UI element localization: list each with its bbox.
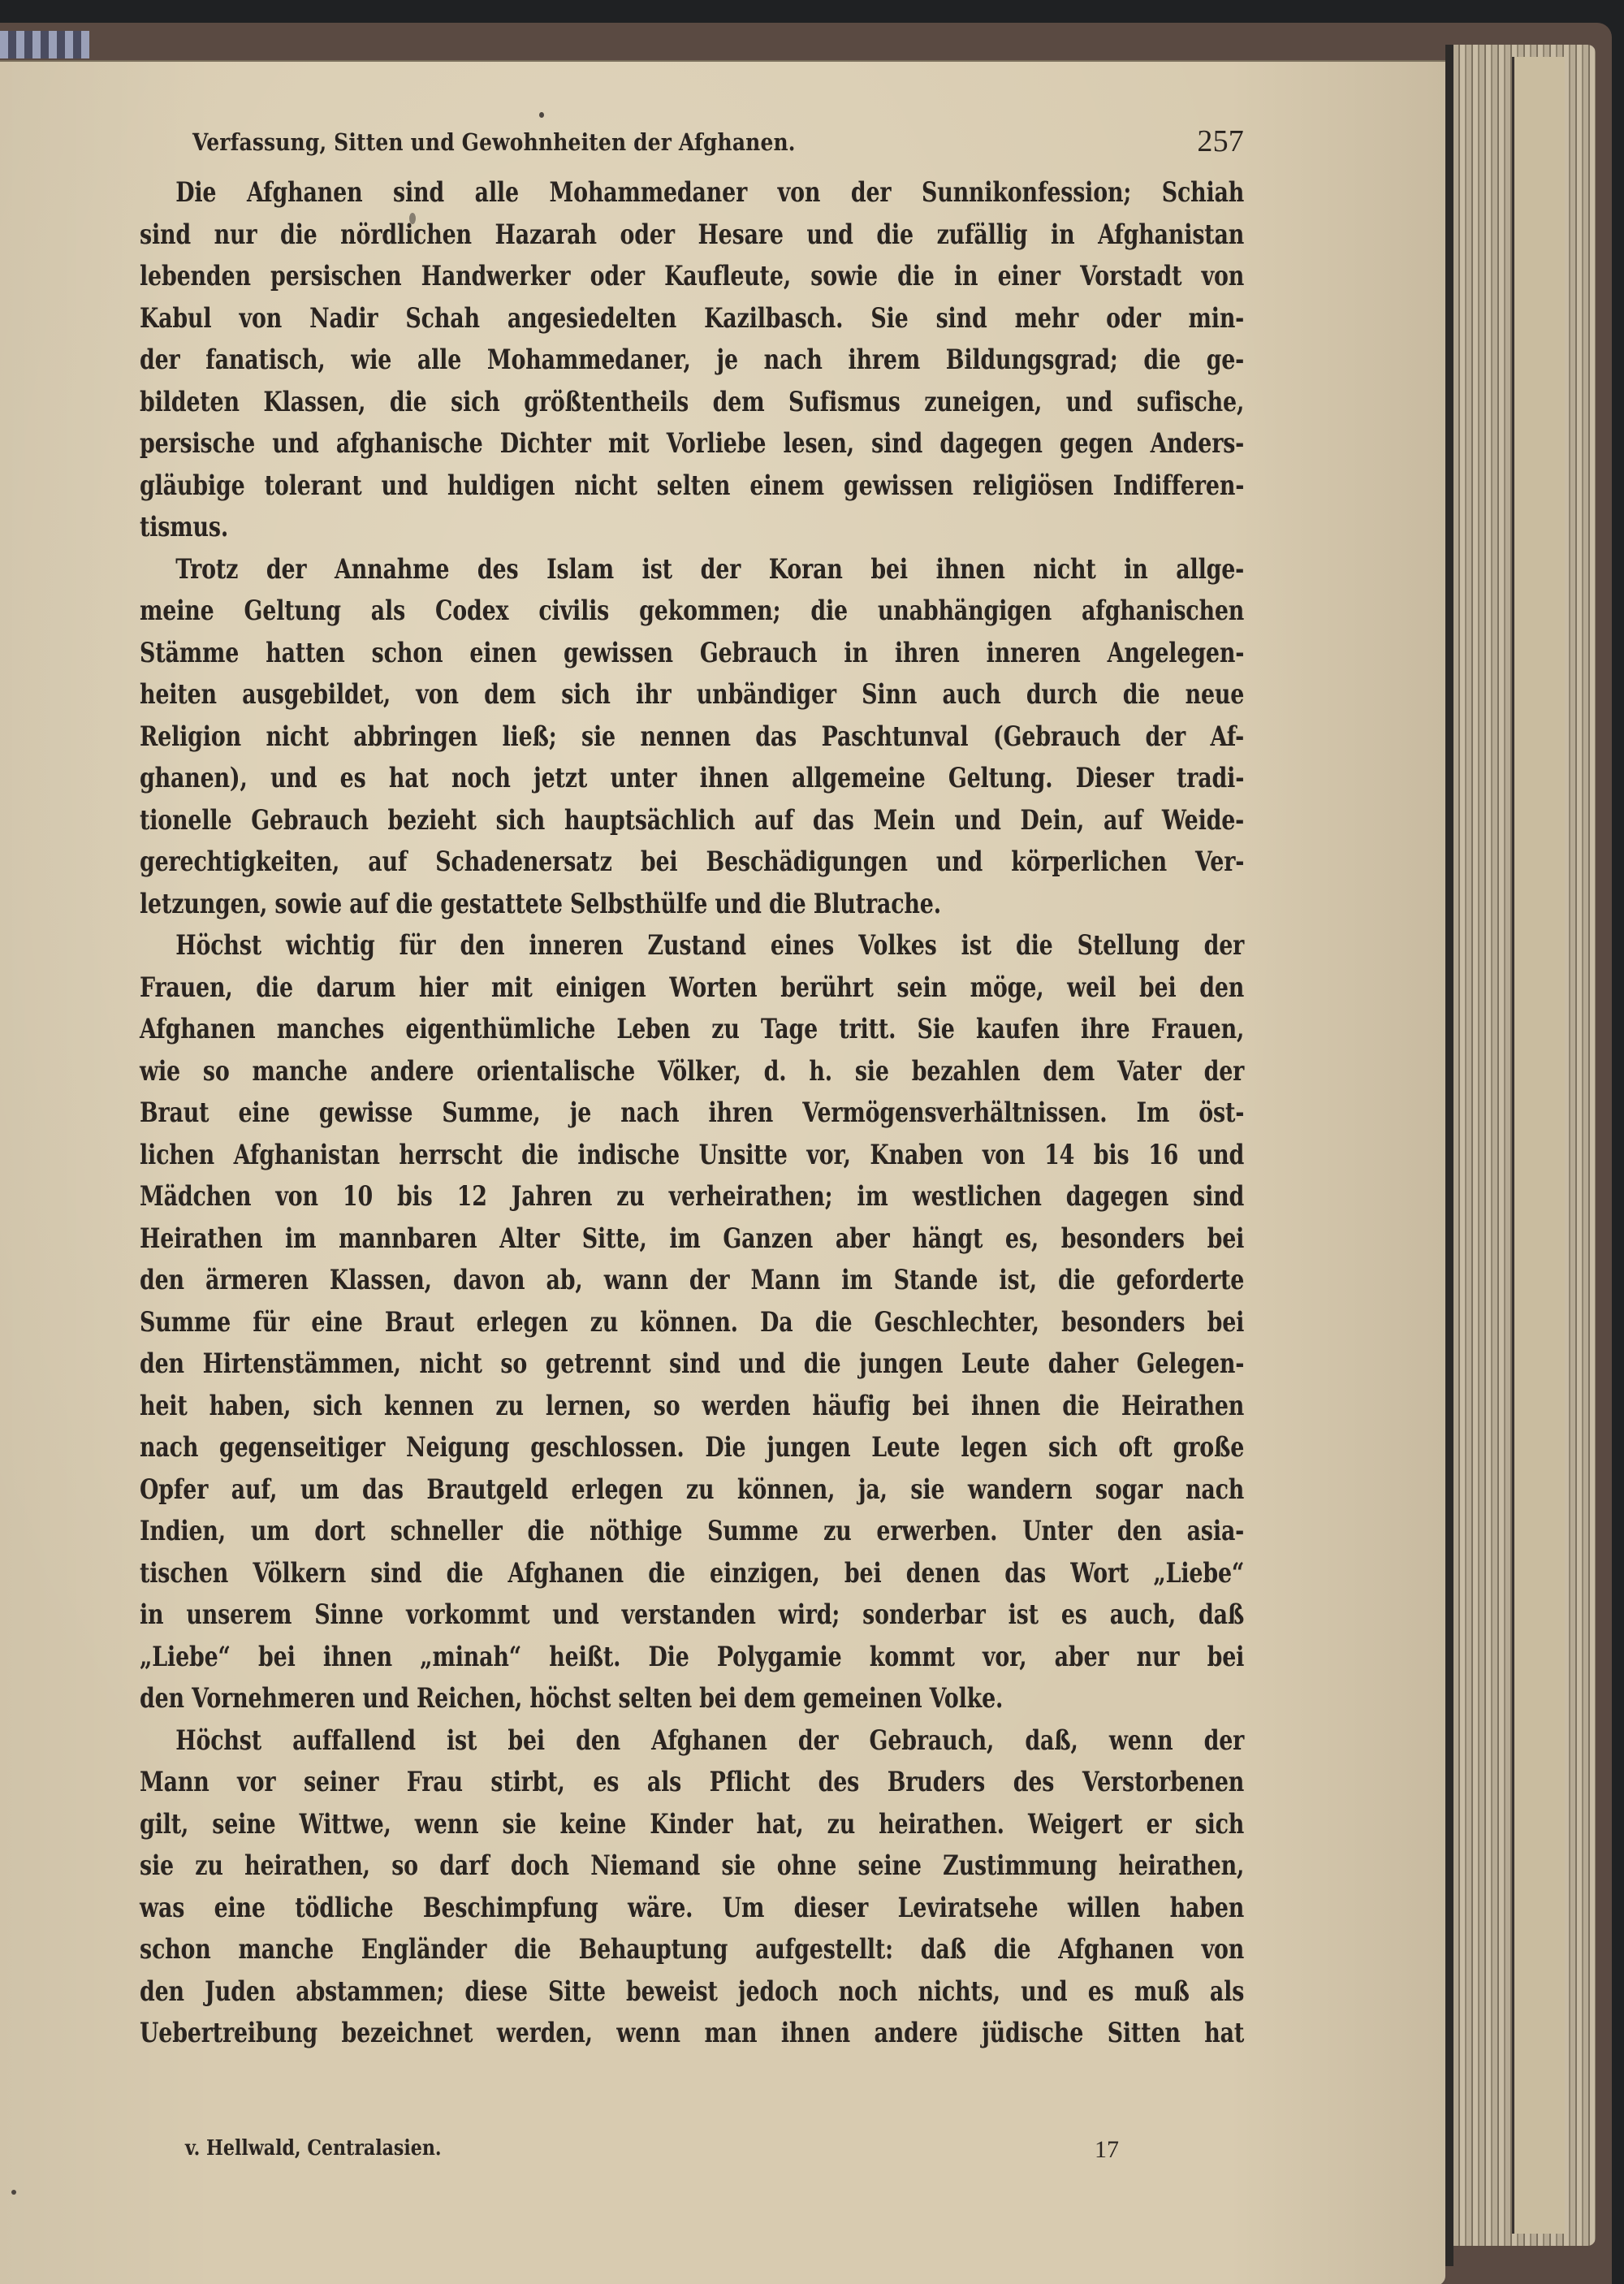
text-line: nach gegenseitiger Neigung geschlossen. … <box>140 1427 1244 1469</box>
text-line: Summe für eine Braut erlegen zu können. … <box>140 1302 1244 1344</box>
text-line: Mann vor seiner Frau stirbt, es als Pfli… <box>140 1762 1244 1804</box>
text-line: letzungen, sowie auf die gestattete Selb… <box>140 884 1244 926</box>
text-line: schon manche Engländer die Behauptung au… <box>140 1929 1244 1971</box>
text-line: lebenden persischen Handwerker oder Kauf… <box>140 256 1244 298</box>
text-line: gilt, seine Wittwe, wenn sie keine Kinde… <box>140 1804 1244 1846</box>
page-footer: v. Hellwald, Centralasien. 17 <box>185 2136 1119 2169</box>
page-number: 257 <box>1197 123 1244 159</box>
paragraph-3: Höchst wichtig für den inneren Zustand e… <box>140 925 1244 1720</box>
text-line: wie so manche andere orientalische Völke… <box>140 1051 1244 1093</box>
text-line: Religion nicht abbringen ließ; sie nenne… <box>140 716 1244 759</box>
text-line: gerechtigkeiten, auf Schadenersatz bei B… <box>140 841 1244 884</box>
text-line: lichen Afghanistan herrscht die indische… <box>140 1135 1244 1177</box>
adjacent-book-edge <box>0 31 89 58</box>
text-line: ghanen), und es hat noch jetzt unter ihn… <box>140 758 1244 800</box>
running-head: Verfassung, Sitten und Gewohnheiten der … <box>140 122 1244 172</box>
text-line: tischen Völkern sind die Afghanen die ei… <box>140 1553 1244 1595</box>
text-line: Mädchen von 10 bis 12 Jahren zu verheira… <box>140 1176 1244 1218</box>
text-line: tionelle Gebrauch bezieht sich hauptsäch… <box>140 800 1244 842</box>
text-line: in unserem Sinne vorkommt und verstanden… <box>140 1594 1244 1637</box>
paragraph-4: Höchst auffallend ist bei den Afghanen d… <box>140 1720 1244 2055</box>
text-line: den ärmeren Klassen, davon ab, wann der … <box>140 1260 1244 1302</box>
text-line: Stämme hatten schon einen gewissen Gebra… <box>140 633 1244 675</box>
text-line: heit haben, sich kennen zu lernen, so we… <box>140 1386 1244 1428</box>
text-line: den Vornehmeren und Reichen, höchst selt… <box>140 1678 1244 1720</box>
page-shadow <box>1445 45 1453 2266</box>
text-line: Höchst auffallend ist bei den Afghanen d… <box>140 1720 1244 1763</box>
text-line: den Hirtenstämmen, nicht so getrennt sin… <box>140 1343 1244 1386</box>
text-line: was eine tödliche Beschimpfung wäre. Um … <box>140 1888 1244 1930</box>
ink-speck <box>539 112 544 118</box>
text-line: Braut eine gewisse Summe, je nach ihren … <box>140 1092 1244 1135</box>
text-line: Opfer auf, um das Brautgeld erlegen zu k… <box>140 1469 1244 1512</box>
text-line: Die Afghanen sind alle Mohammedaner von … <box>140 172 1244 214</box>
text-line: Kabul von Nadir Schah angesiedelten Kazi… <box>140 298 1244 340</box>
text-line: Frauen, die darum hier mit einigen Worte… <box>140 967 1244 1010</box>
text-line: „Liebe“ bei ihnen „minah“ heißt. Die Pol… <box>140 1637 1244 1679</box>
text-line: tismus. <box>140 507 1244 549</box>
text-line: bildeten Klassen, die sich größtentheils… <box>140 382 1244 424</box>
page-text: Verfassung, Sitten und Gewohnheiten der … <box>140 122 1244 2055</box>
text-line: persische und afghanische Dichter mit Vo… <box>140 423 1244 465</box>
text-line: Heirathen im mannbaren Alter Sitte, im G… <box>140 1218 1244 1261</box>
ink-speck <box>11 2190 16 2195</box>
footer-author-title: v. Hellwald, Centralasien. <box>185 2136 442 2161</box>
running-title: Verfassung, Sitten und Gewohnheiten der … <box>192 128 796 156</box>
text-line: gläubige tolerant und huldigen nicht sel… <box>140 465 1244 508</box>
text-line: Afghanen manches eigenthümliche Leben zu… <box>140 1009 1244 1051</box>
text-line: sind nur die nördlichen Hazarah oder Hes… <box>140 214 1244 257</box>
text-line: Höchst wichtig für den inneren Zustand e… <box>140 925 1244 967</box>
text-line: Trotz der Annahme des Islam ist der Kora… <box>140 549 1244 591</box>
page-edges-inner <box>1512 57 1565 2234</box>
paragraph-1: Die Afghanen sind alle Mohammedaner von … <box>140 172 1244 549</box>
paragraph-2: Trotz der Annahme des Islam ist der Kora… <box>140 549 1244 926</box>
text-line: der fanatisch, wie alle Mohammedaner, je… <box>140 340 1244 382</box>
text-line: Uebertreibung bezeichnet werden, wenn ma… <box>140 2013 1244 2055</box>
signature-mark: 17 <box>1095 2136 1119 2164</box>
text-line: den Juden abstammen; diese Sitte beweist… <box>140 1971 1244 2014</box>
text-line: heiten ausgebildet, von dem sich ihr unb… <box>140 674 1244 716</box>
text-line: Indien, um dort schneller die nöthige Su… <box>140 1511 1244 1553</box>
text-line: sie zu heirathen, so darf doch Niemand s… <box>140 1845 1244 1888</box>
text-line: meine Geltung als Codex civilis gekommen… <box>140 590 1244 633</box>
